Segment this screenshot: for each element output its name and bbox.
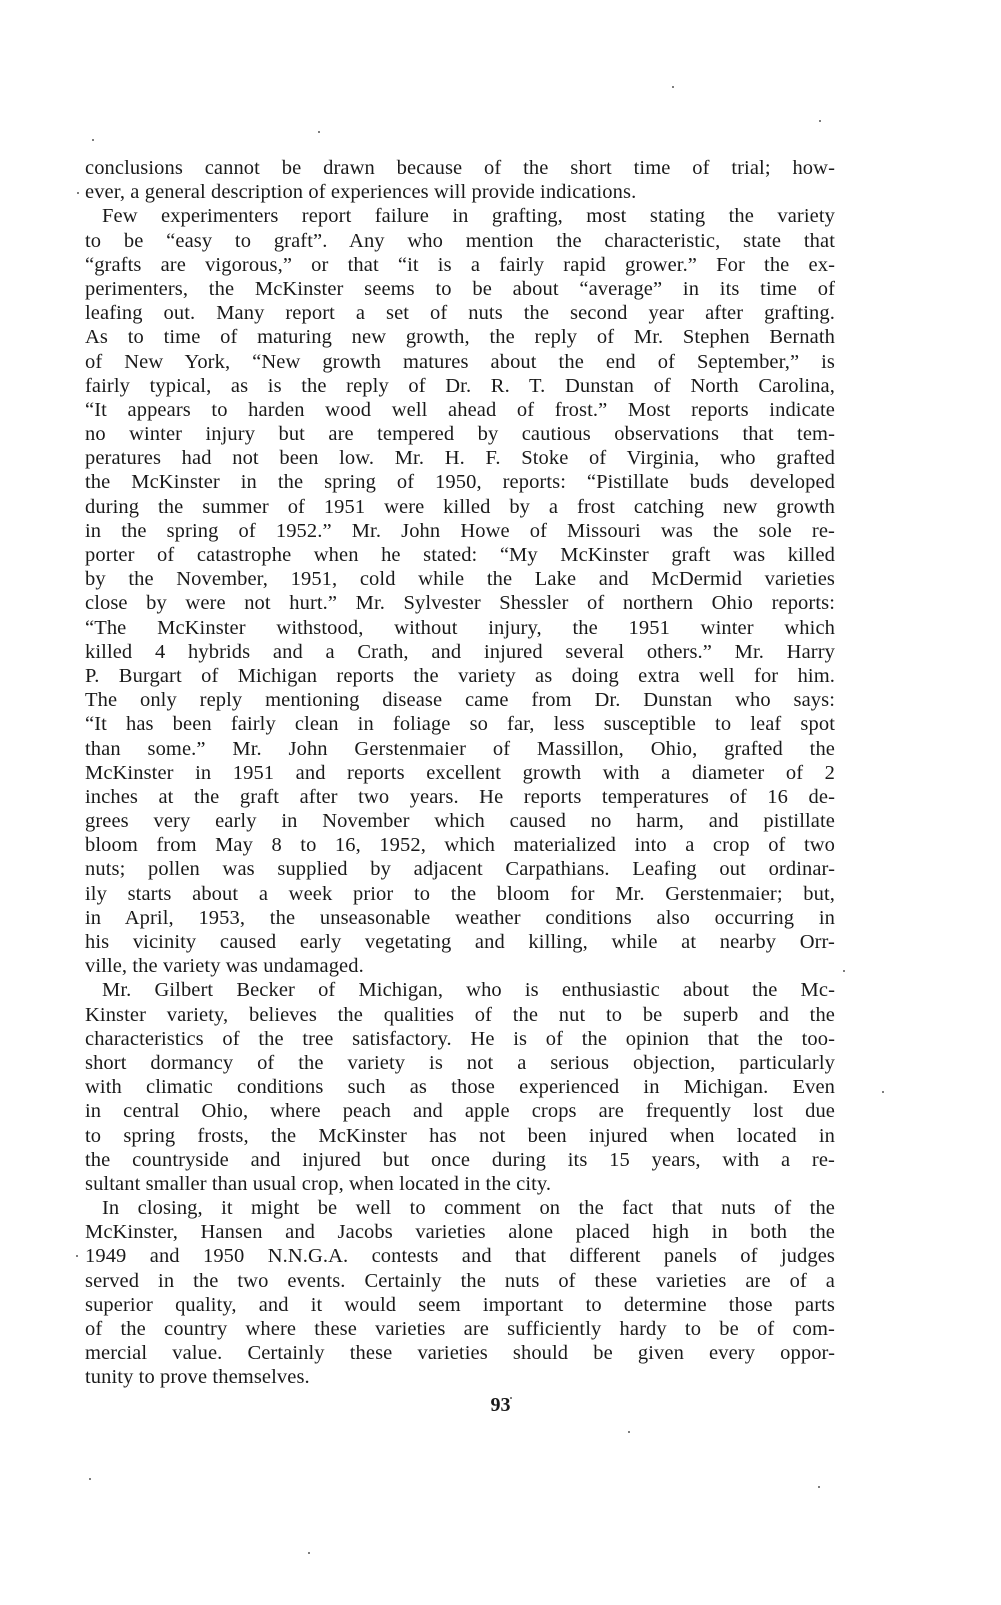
text-line: sultant smaller than usual crop, when lo… <box>85 1172 835 1196</box>
text-line: 1949 and 1950 N.N.G.A. contests and that… <box>85 1244 835 1268</box>
text-line: the McKinster in the spring of 1950, rep… <box>85 470 835 494</box>
text-line: inches at the graft after two years. He … <box>85 785 835 809</box>
text-line: of the country where these varieties are… <box>85 1317 835 1341</box>
scan-speck <box>882 1091 884 1093</box>
text-line: Few experimenters report failure in graf… <box>85 204 835 228</box>
text-line: “The McKinster withstood, without injury… <box>85 616 835 640</box>
text-line: P. Burgart of Michigan reports the varie… <box>85 664 835 688</box>
scan-speck <box>89 1478 91 1480</box>
text-line: peratures had not been low. Mr. H. F. St… <box>85 446 835 470</box>
paragraph-2: Few experimenters report failure in graf… <box>85 204 835 978</box>
scan-speck <box>818 1486 820 1488</box>
text-line: tunity to prove themselves. <box>85 1365 835 1389</box>
scan-speck <box>819 120 821 122</box>
scan-speck <box>510 1397 512 1399</box>
scan-speck <box>318 131 320 133</box>
scan-speck <box>843 970 845 972</box>
document-body: conclusions cannot be drawn because of t… <box>85 156 835 1390</box>
text-line: fairly typical, as is the reply of Dr. R… <box>85 374 835 398</box>
text-line: McKinster in 1951 and reports excellent … <box>85 761 835 785</box>
text-line: “grafts are vigorous,” or that “it is a … <box>85 253 835 277</box>
text-line: to spring frosts, the McKinster has not … <box>85 1124 835 1148</box>
text-line: in April, 1953, the unseasonable weather… <box>85 906 835 930</box>
text-line: than some.” Mr. John Gerstenmaier of Mas… <box>85 737 835 761</box>
text-line: by the November, 1951, cold while the La… <box>85 567 835 591</box>
text-line: conclusions cannot be drawn because of t… <box>85 156 835 180</box>
text-line: Kinster variety, believes the qualities … <box>85 1003 835 1027</box>
text-line: leafing out. Many report a set of nuts t… <box>85 301 835 325</box>
text-line: in the spring of 1952.” Mr. John Howe of… <box>85 519 835 543</box>
scan-speck <box>308 1552 310 1554</box>
text-line: his vicinity caused early vegetating and… <box>85 930 835 954</box>
text-line: “It appears to harden wood well ahead of… <box>85 398 835 422</box>
text-line: bloom from May 8 to 16, 1952, which mate… <box>85 833 835 857</box>
text-line: of New York, “New growth matures about t… <box>85 350 835 374</box>
text-line: to be “easy to graft”. Any who mention t… <box>85 229 835 253</box>
text-line: As to time of maturing new growth, the r… <box>85 325 835 349</box>
text-line: nuts; pollen was supplied by adjacent Ca… <box>85 857 835 881</box>
scan-speck <box>76 1255 78 1257</box>
text-line: porter of catastrophe when he stated: “M… <box>85 543 835 567</box>
scan-speck <box>77 192 79 194</box>
text-line: mercial value. Certainly these varieties… <box>85 1341 835 1365</box>
text-line: during the summer of 1951 were killed by… <box>85 495 835 519</box>
text-line: with climatic conditions such as those e… <box>85 1075 835 1099</box>
paragraph-1: conclusions cannot be drawn because of t… <box>85 156 835 204</box>
text-line: close by were not hurt.” Mr. Sylvester S… <box>85 591 835 615</box>
page-number: 93 <box>0 1394 1001 1417</box>
text-line: Mr. Gilbert Becker of Michigan, who is e… <box>85 978 835 1002</box>
paragraph-3: Mr. Gilbert Becker of Michigan, who is e… <box>85 978 835 1196</box>
text-line: in central Ohio, where peach and apple c… <box>85 1099 835 1123</box>
text-line: killed 4 hybrids and a Crath, and injure… <box>85 640 835 664</box>
scan-speck <box>628 1431 630 1433</box>
scan-speck <box>92 139 94 141</box>
text-line: McKinster, Hansen and Jacobs varieties a… <box>85 1220 835 1244</box>
text-line: “It has been fairly clean in foliage so … <box>85 712 835 736</box>
text-line: the countryside and injured but once dur… <box>85 1148 835 1172</box>
text-line: superior quality, and it would seem impo… <box>85 1293 835 1317</box>
text-line: ville, the variety was undamaged. <box>85 954 835 978</box>
scan-speck <box>672 86 674 88</box>
text-line: In closing, it might be well to comment … <box>85 1196 835 1220</box>
text-line: ever, a general description of experienc… <box>85 180 835 204</box>
text-line: perimenters, the McKinster seems to be a… <box>85 277 835 301</box>
text-line: characteristics of the tree satisfactory… <box>85 1027 835 1051</box>
text-line: no winter injury but are tempered by cau… <box>85 422 835 446</box>
text-line: The only reply mentioning disease came f… <box>85 688 835 712</box>
text-line: served in the two events. Certainly the … <box>85 1269 835 1293</box>
paragraph-4: In closing, it might be well to comment … <box>85 1196 835 1390</box>
text-line: ily starts about a week prior to the blo… <box>85 882 835 906</box>
text-line: grees very early in November which cause… <box>85 809 835 833</box>
text-line: short dormancy of the variety is not a s… <box>85 1051 835 1075</box>
